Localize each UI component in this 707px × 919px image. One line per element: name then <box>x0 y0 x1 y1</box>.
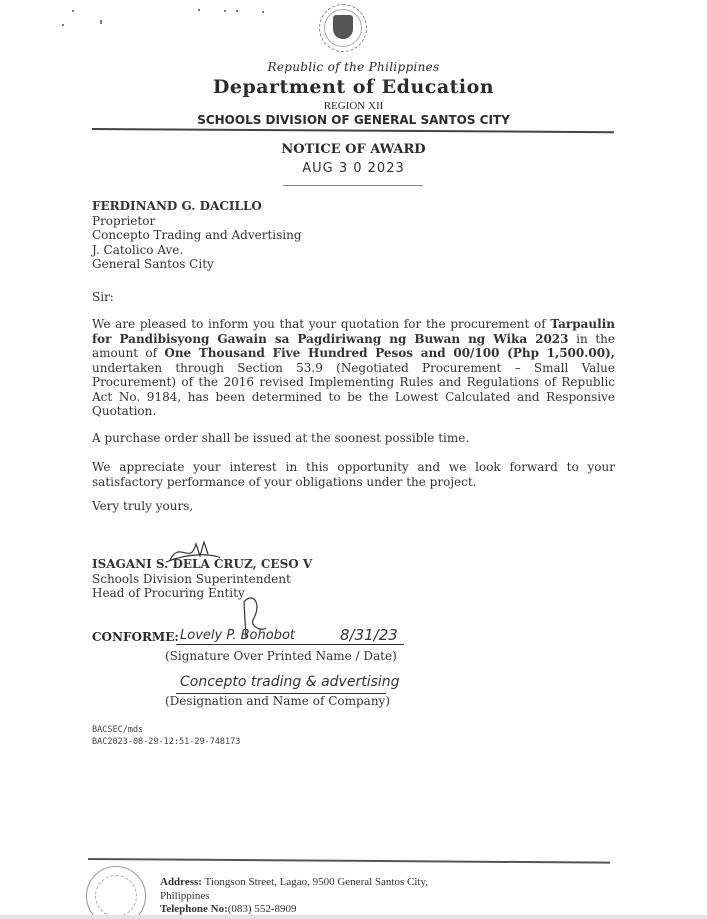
scan-speck <box>262 11 264 13</box>
division-heading: SCHOOLS DIVISION OF GENERAL SANTOS CITY <box>0 113 707 127</box>
signatory-role: Head of Procuring Entity <box>92 586 245 601</box>
footer-divider <box>88 858 610 864</box>
recipient-street: J. Catolico Ave. <box>92 243 392 258</box>
division-seal-icon <box>86 866 146 919</box>
scan-speck <box>224 10 226 12</box>
conforme-caption: (Signature Over Printed Name / Date) <box>165 649 397 663</box>
scan-speck <box>72 10 74 12</box>
document-title: NOTICE OF AWARD <box>0 142 707 157</box>
signatory-name: ISAGANI S. DELA CRUZ, CESO V <box>92 557 312 572</box>
reference-code: BAC2023-08-29-12:51-29-748173 <box>92 736 240 748</box>
phone-label: Telephone No: <box>160 903 228 915</box>
viewer-bottom-edge <box>0 915 707 919</box>
conforme-signed-date: 8/31/23 <box>340 626 398 644</box>
appreciation-paragraph: We appreciate your interest in this oppo… <box>92 460 615 489</box>
recipient-position: Proprietor <box>92 214 392 229</box>
paragraph-text: undertaken through Section 53.9 (Negotia… <box>92 361 615 419</box>
scan-speck <box>236 10 238 12</box>
conforme-signature-line <box>176 644 404 645</box>
award-paragraph: We are pleased to inform you that your q… <box>92 317 615 419</box>
scan-speck <box>62 24 64 26</box>
conforme-label: CONFORME: <box>92 630 179 644</box>
company-handwritten: Concepto trading & advertising <box>180 674 400 690</box>
closing: Very truly yours, <box>92 499 193 514</box>
award-amount: One Thousand Five Hundred Pesos and 00/1… <box>164 346 615 360</box>
reference-initials: BACSEC/mds <box>92 724 240 736</box>
date-stamp: AUG 3 0 2023 <box>0 161 707 176</box>
conforme-signed-name: Lovely P. Bohobot <box>180 628 295 643</box>
address-label: Address: <box>160 876 202 888</box>
recipient-name: FERDINAND G. DACILLO <box>92 199 392 214</box>
paragraph-text: We are pleased to inform you that your q… <box>92 317 550 331</box>
company-caption: (Designation and Name of Company) <box>165 694 390 708</box>
recipient-company: Concepto Trading and Advertising <box>92 228 392 243</box>
salutation: Sir: <box>92 290 114 305</box>
department-heading: Department of Education <box>0 76 707 98</box>
stamp-underline <box>283 185 423 186</box>
recipient-block: FERDINAND G. DACILLO Proprietor Concepto… <box>92 199 392 272</box>
scan-speck <box>100 20 102 24</box>
recipient-city: General Santos City <box>92 257 392 272</box>
reference-block: BACSEC/mds BAC2023-08-29-12:51-29-748173 <box>92 724 240 748</box>
republic-heading: Republic of the Philippines <box>0 60 707 74</box>
deped-seal-icon <box>319 4 367 52</box>
phone-value: (083) 552-8909 <box>228 903 297 915</box>
signatory-title: Schools Division Superintendent <box>92 572 291 587</box>
address-country: Philippines <box>160 890 428 904</box>
address-value: Tiongson Street, Lagao, 9500 General San… <box>205 876 428 888</box>
header-divider <box>92 128 614 133</box>
region-heading: REGION XII <box>0 100 707 112</box>
purchase-order-paragraph: A purchase order shall be issued at the … <box>92 431 469 446</box>
scan-speck <box>198 9 200 11</box>
footer-contact: Address: Tiongson Street, Lagao, 9500 Ge… <box>160 876 428 917</box>
